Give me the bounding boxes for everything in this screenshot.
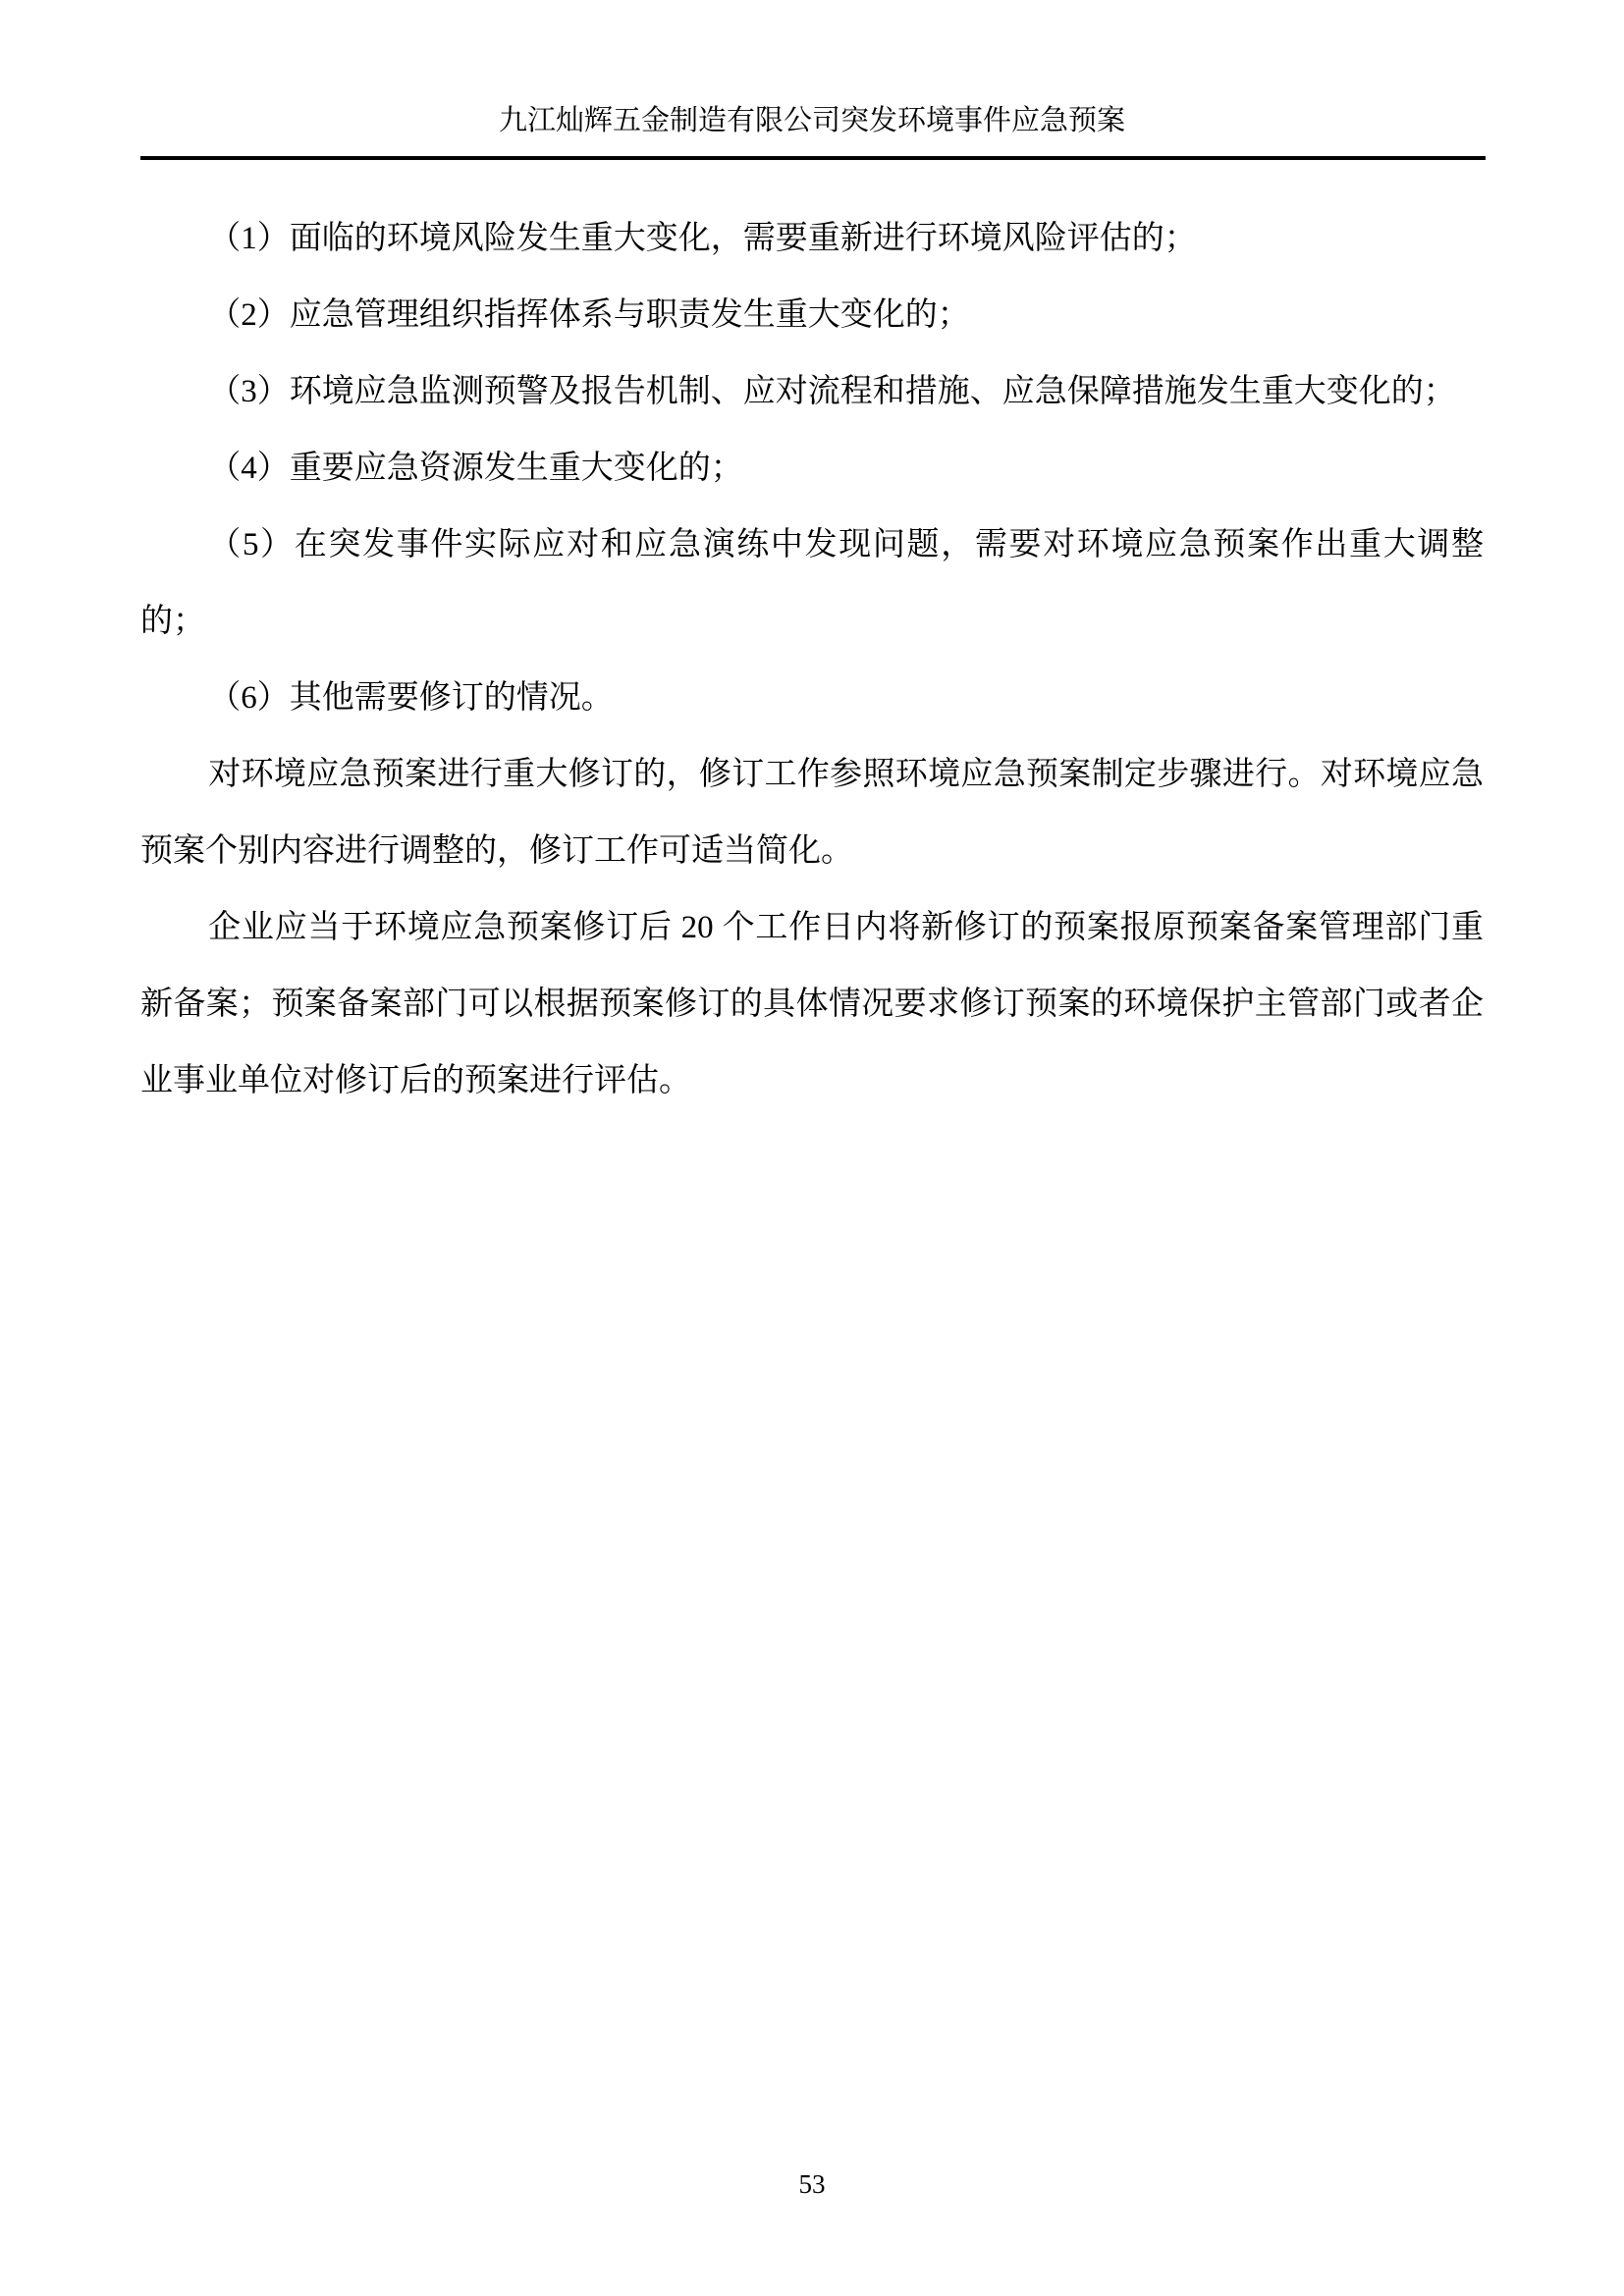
list-item-6: （6）其他需要修订的情况。	[140, 660, 1484, 736]
document-page: 九江灿辉五金制造有限公司突发环境事件应急预案 （1）面临的环境风险发生重大变化，…	[0, 0, 1624, 2296]
list-item-3: （3）环境应急监测预警及报告机制、应对流程和措施、应急保障措施发生重大变化的；	[140, 353, 1484, 430]
list-item-4: （4）重要应急资源发生重大变化的；	[140, 430, 1484, 507]
list-item-1: （1）面临的环境风险发生重大变化，需要重新进行环境风险评估的；	[140, 200, 1484, 277]
document-body: （1）面临的环境风险发生重大变化，需要重新进行环境风险评估的； （2）应急管理组…	[140, 200, 1484, 1119]
page-footer: 53	[0, 2164, 1624, 2204]
paragraph-refiling: 企业应当于环境应急预案修订后 20 个工作日内将新修订的预案报原预案备案管理部门…	[140, 889, 1484, 1119]
header-rule	[140, 156, 1486, 160]
list-item-5: （5）在突发事件实际应对和应急演练中发现问题，需要对环境应急预案作出重大调整的；	[140, 507, 1484, 660]
header-title: 九江灿辉五金制造有限公司突发环境事件应急预案	[0, 0, 1624, 137]
paragraph-revision-major: 对环境应急预案进行重大修订的，修订工作参照环境应急预案制定步骤进行。对环境应急预…	[140, 736, 1484, 889]
list-item-2: （2）应急管理组织指挥体系与职责发生重大变化的；	[140, 277, 1484, 353]
page-number: 53	[799, 2169, 826, 2199]
page-header: 九江灿辉五金制造有限公司突发环境事件应急预案	[0, 0, 1624, 160]
